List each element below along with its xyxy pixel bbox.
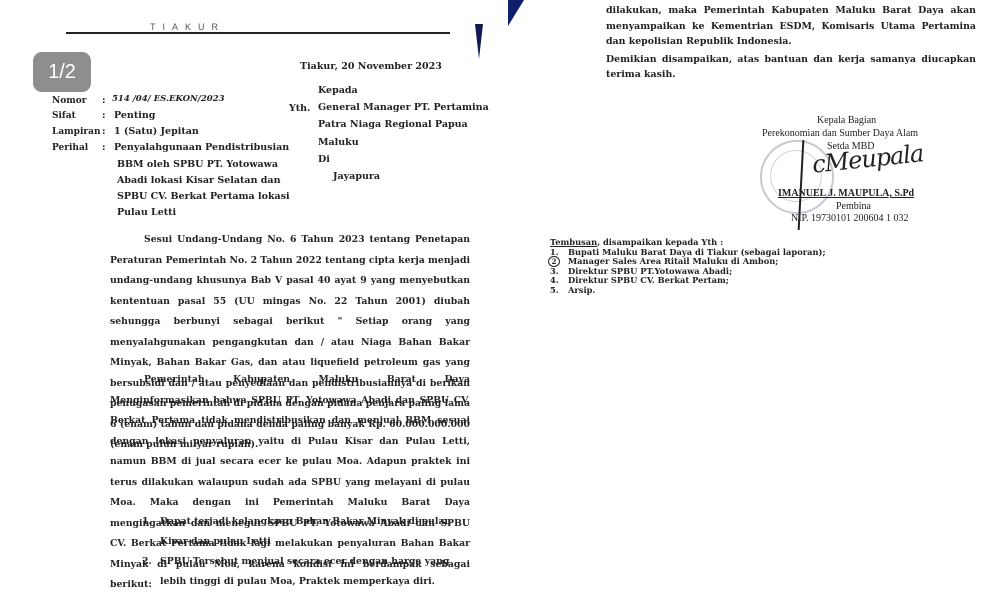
list-text: Manager Sales Area Ritail Maluku di Ambo… xyxy=(568,256,778,266)
meta-sep: : xyxy=(102,127,106,137)
page-indicator: 1/2 xyxy=(33,52,91,92)
list-number: 2. xyxy=(142,552,152,572)
place-date: Tiakur, 20 November 2023 xyxy=(300,62,442,72)
list-text: SPBU Tersebut menjual secara ecer dengan… xyxy=(160,556,449,587)
binder-strip xyxy=(508,0,524,26)
signatory-name: IMANUEL J. MAUPULA, S.Pd xyxy=(778,188,914,199)
document-page-2 xyxy=(505,0,1000,600)
perihal-line: Pulau Letti xyxy=(117,208,176,218)
signatory-rank: Pembina xyxy=(836,201,871,212)
list-text: Direktur SPBU CV. Berkat Pertam; xyxy=(568,275,729,285)
meta-value-sifat: Penting xyxy=(114,111,155,121)
paragraph-continued: dilakukan, maka Pemerintah Kabupaten Mal… xyxy=(606,3,976,83)
list-text: Arsip. xyxy=(568,285,595,295)
letterhead-divider xyxy=(66,32,450,34)
list-item: 1. Dapat terjadi kelangkaan Bahan Bakar … xyxy=(142,512,470,552)
cc-heading-rest: , disampaikan kepada Yth : xyxy=(597,237,723,247)
recipient-line: Maluku xyxy=(318,138,359,148)
recipient-line: Patra Niaga Regional Papua xyxy=(318,120,468,130)
closing-text: Demikian disampaikan, atas bantuan dan k… xyxy=(606,52,976,83)
signatory-position: Kepala Bagian xyxy=(817,115,876,126)
recipient-city: Jayapura xyxy=(333,172,380,182)
recipient-kepada: Kepada xyxy=(318,86,358,96)
meta-label-sifat: Sifat xyxy=(52,112,76,121)
recipient-yth: Yth. xyxy=(289,104,310,114)
meta-sep: : xyxy=(102,143,106,153)
letterhead-city: TIAKUR xyxy=(150,22,225,32)
perihal-line: SPBU CV. Berkat Pertama lokasi xyxy=(117,192,290,202)
perihal-line: BBM oleh SPBU PT. Yotowawa xyxy=(117,160,278,170)
signatory-department: Perekonomian dan Sumber Daya Alam xyxy=(762,128,918,139)
list-item: 2. SPBU Tersebut menjual secara ecer den… xyxy=(142,552,470,592)
signatory-nip: NIP. 19730101 200604 1 032 xyxy=(791,213,909,224)
meta-value-nomor: 514 /04/ ES.EKON/2023 xyxy=(112,95,225,104)
cc-list: Tembusan, disampaikan kepada Yth : 1.Bup… xyxy=(550,238,826,296)
paragraph-text: dilakukan, maka Pemerintah Kabupaten Mal… xyxy=(606,3,976,50)
cc-heading-label: Tembusan xyxy=(550,237,597,247)
list-text: Bupati Maluku Barat Daya di Tiakur (seba… xyxy=(568,247,826,257)
list-text: Direktur SPBU PT.Yotowawa Abadi; xyxy=(568,266,732,276)
meta-value-perihal: Penyalahgunaan Pendistribusian xyxy=(114,143,289,153)
list-text: Dapat terjadi kelangkaan Bahan Bakar Min… xyxy=(160,516,451,547)
meta-sep: : xyxy=(102,96,106,106)
binder-strip xyxy=(475,24,483,59)
perihal-line: Abadi lokasi Kisar Selatan dan xyxy=(117,176,281,186)
meta-label-perihal: Perihal xyxy=(52,144,88,153)
recipient-line: Di xyxy=(318,155,330,165)
meta-value-lampiran: 1 (Satu) Jepitan xyxy=(114,127,199,137)
meta-sep: : xyxy=(102,111,106,121)
meta-label-lampiran: Lampiran xyxy=(52,128,101,137)
meta-label-nomor: Nomor xyxy=(52,97,87,106)
list-item: 5.Arsip. xyxy=(550,286,826,296)
impact-list: 1. Dapat terjadi kelangkaan Bahan Bakar … xyxy=(142,512,470,592)
recipient-line: General Manager PT. Pertamina xyxy=(318,103,489,113)
list-number: 1. xyxy=(142,512,152,532)
list-number: 5. xyxy=(550,286,559,296)
